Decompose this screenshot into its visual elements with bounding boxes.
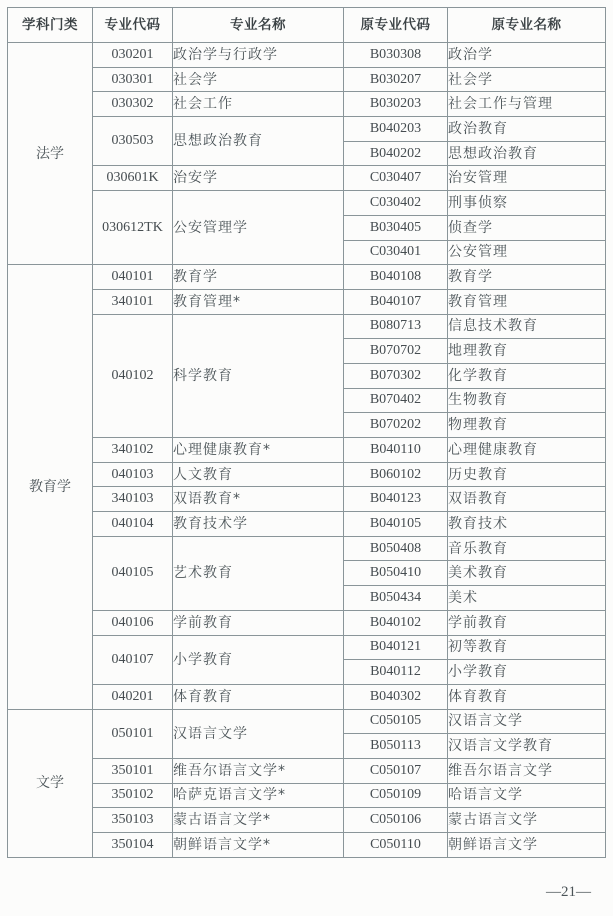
original-name-cell: 信息技术教育 — [448, 314, 606, 339]
original-code-cell: B050408 — [344, 536, 448, 561]
original-code-cell: B030207 — [344, 67, 448, 92]
original-name-cell: 蒙古语言文学 — [448, 808, 606, 833]
original-code-cell: B060102 — [344, 462, 448, 487]
original-name-cell: 物理教育 — [448, 413, 606, 438]
major-code-cell: 040106 — [93, 610, 173, 635]
original-name-cell: 地理教育 — [448, 339, 606, 364]
category-cell: 教育学 — [8, 265, 93, 709]
major-name-cell: 朝鲜语言文学* — [173, 833, 344, 858]
table-row: 030601K治安学C030407治安管理 — [8, 166, 606, 191]
original-code-cell: B040123 — [344, 487, 448, 512]
original-name-cell: 初等教育 — [448, 635, 606, 660]
original-code-cell: B040107 — [344, 289, 448, 314]
original-name-cell: 公安管理 — [448, 240, 606, 265]
major-code-cell: 040103 — [93, 462, 173, 487]
table-row: 350102哈萨克语言文学*C050109哈语言文学 — [8, 783, 606, 808]
major-code-cell: 030201 — [93, 43, 173, 68]
major-code-cell: 030301 — [93, 67, 173, 92]
original-name-cell: 历史教育 — [448, 462, 606, 487]
original-name-cell: 学前教育 — [448, 610, 606, 635]
original-code-cell: C030402 — [344, 191, 448, 216]
original-code-cell: C050106 — [344, 808, 448, 833]
major-name-cell: 体育教育 — [173, 684, 344, 709]
original-code-cell: B040108 — [344, 265, 448, 290]
original-name-cell: 政治学 — [448, 43, 606, 68]
original-name-cell: 汉语言文学 — [448, 709, 606, 734]
original-name-cell: 美术教育 — [448, 561, 606, 586]
major-name-cell: 公安管理学 — [173, 191, 344, 265]
original-name-cell: 小学教育 — [448, 660, 606, 685]
original-code-cell: B040203 — [344, 117, 448, 142]
major-code-cell: 030302 — [93, 92, 173, 117]
original-code-cell: B050113 — [344, 734, 448, 759]
table-row: 040104教育技术学B040105教育技术 — [8, 512, 606, 537]
major-name-cell: 教育管理* — [173, 289, 344, 314]
original-code-cell: C050107 — [344, 758, 448, 783]
major-code-cell: 030503 — [93, 117, 173, 166]
major-code-cell: 030601K — [93, 166, 173, 191]
major-name-cell: 汉语言文学 — [173, 709, 344, 758]
original-code-cell: B040202 — [344, 141, 448, 166]
major-code-cell: 340102 — [93, 438, 173, 463]
original-code-cell: B040110 — [344, 438, 448, 463]
table-row: 340102心理健康教育*B040110心理健康教育 — [8, 438, 606, 463]
table-row: 040105艺术教育B050408音乐教育 — [8, 536, 606, 561]
major-name-cell: 教育技术学 — [173, 512, 344, 537]
original-name-cell: 双语教育 — [448, 487, 606, 512]
table-row: 340103双语教育*B040123双语教育 — [8, 487, 606, 512]
header-orig-name: 原专业名称 — [448, 8, 606, 43]
original-code-cell: B040105 — [344, 512, 448, 537]
original-code-cell: B040302 — [344, 684, 448, 709]
major-code-cell: 040107 — [93, 635, 173, 684]
original-code-cell: C030401 — [344, 240, 448, 265]
original-name-cell: 美术 — [448, 586, 606, 611]
major-code-cell: 040201 — [93, 684, 173, 709]
major-name-cell: 心理健康教育* — [173, 438, 344, 463]
original-code-cell: C050110 — [344, 833, 448, 858]
page-number: —21— — [546, 884, 591, 901]
original-code-cell: B070202 — [344, 413, 448, 438]
table-row: 教育学040101教育学B040108教育学 — [8, 265, 606, 290]
table-row: 350101维吾尔语言文学*C050107维吾尔语言文学 — [8, 758, 606, 783]
original-name-cell: 汉语言文学教育 — [448, 734, 606, 759]
major-name-cell: 教育学 — [173, 265, 344, 290]
major-name-cell: 艺术教育 — [173, 536, 344, 610]
original-code-cell: B040112 — [344, 660, 448, 685]
original-name-cell: 侦查学 — [448, 215, 606, 240]
table-row: 040201体育教育B040302体育教育 — [8, 684, 606, 709]
original-name-cell: 教育管理 — [448, 289, 606, 314]
table-row: 040102科学教育B080713信息技术教育 — [8, 314, 606, 339]
major-name-cell: 思想政治教育 — [173, 117, 344, 166]
original-name-cell: 政治教育 — [448, 117, 606, 142]
table-row: 030612TK公安管理学C030402刑事侦察 — [8, 191, 606, 216]
table-row: 040106学前教育B040102学前教育 — [8, 610, 606, 635]
major-name-cell: 维吾尔语言文学* — [173, 758, 344, 783]
original-code-cell: C050105 — [344, 709, 448, 734]
table-row: 法学030201政治学与行政学B030308政治学 — [8, 43, 606, 68]
original-name-cell: 治安管理 — [448, 166, 606, 191]
original-code-cell: C050109 — [344, 783, 448, 808]
table-row: 030301社会学B030207社会学 — [8, 67, 606, 92]
major-code-cell: 340103 — [93, 487, 173, 512]
major-name-cell: 政治学与行政学 — [173, 43, 344, 68]
major-name-cell: 治安学 — [173, 166, 344, 191]
major-name-cell: 社会工作 — [173, 92, 344, 117]
major-name-cell: 哈萨克语言文学* — [173, 783, 344, 808]
original-code-cell: B070302 — [344, 363, 448, 388]
original-name-cell: 朝鲜语言文学 — [448, 833, 606, 858]
major-code-cell: 350104 — [93, 833, 173, 858]
table-row: 文学050101汉语言文学C050105汉语言文学 — [8, 709, 606, 734]
major-code-cell: 040101 — [93, 265, 173, 290]
original-name-cell: 刑事侦察 — [448, 191, 606, 216]
original-name-cell: 化学教育 — [448, 363, 606, 388]
major-name-cell: 蒙古语言文学* — [173, 808, 344, 833]
major-name-cell: 小学教育 — [173, 635, 344, 684]
original-name-cell: 社会工作与管理 — [448, 92, 606, 117]
original-code-cell: B050434 — [344, 586, 448, 611]
major-code-cell: 350101 — [93, 758, 173, 783]
table-row: 040103人文教育B060102历史教育 — [8, 462, 606, 487]
major-name-cell: 人文教育 — [173, 462, 344, 487]
original-name-cell: 哈语言文学 — [448, 783, 606, 808]
original-name-cell: 心理健康教育 — [448, 438, 606, 463]
original-name-cell: 思想政治教育 — [448, 141, 606, 166]
major-code-cell: 050101 — [93, 709, 173, 758]
original-code-cell: B070402 — [344, 388, 448, 413]
header-name: 专业名称 — [173, 8, 344, 43]
original-name-cell: 教育学 — [448, 265, 606, 290]
table-body: 法学030201政治学与行政学B030308政治学030301社会学B03020… — [8, 43, 606, 858]
table-header-row: 学科门类 专业代码 专业名称 原专业代码 原专业名称 — [8, 8, 606, 43]
major-name-cell: 科学教育 — [173, 314, 344, 437]
original-name-cell: 维吾尔语言文学 — [448, 758, 606, 783]
major-name-cell: 社会学 — [173, 67, 344, 92]
table-row: 350103蒙古语言文学*C050106蒙古语言文学 — [8, 808, 606, 833]
original-code-cell: B030203 — [344, 92, 448, 117]
original-code-cell: B040102 — [344, 610, 448, 635]
table-row: 040107小学教育B040121初等教育 — [8, 635, 606, 660]
original-name-cell: 生物教育 — [448, 388, 606, 413]
header-orig-code: 原专业代码 — [344, 8, 448, 43]
majors-mapping-table: 学科门类 专业代码 专业名称 原专业代码 原专业名称 法学030201政治学与行… — [7, 7, 606, 858]
original-code-cell: B030405 — [344, 215, 448, 240]
major-code-cell: 350102 — [93, 783, 173, 808]
original-code-cell: C030407 — [344, 166, 448, 191]
major-code-cell: 040102 — [93, 314, 173, 437]
major-code-cell: 340101 — [93, 289, 173, 314]
table-row: 350104朝鲜语言文学*C050110朝鲜语言文学 — [8, 833, 606, 858]
document-page: 学科门类 专业代码 专业名称 原专业代码 原专业名称 法学030201政治学与行… — [0, 0, 613, 916]
original-code-cell: B070702 — [344, 339, 448, 364]
original-name-cell: 社会学 — [448, 67, 606, 92]
major-code-cell: 350103 — [93, 808, 173, 833]
original-name-cell: 音乐教育 — [448, 536, 606, 561]
original-code-cell: B040121 — [344, 635, 448, 660]
original-code-cell: B080713 — [344, 314, 448, 339]
table-row: 030302社会工作B030203社会工作与管理 — [8, 92, 606, 117]
category-cell: 文学 — [8, 709, 93, 857]
original-code-cell: B050410 — [344, 561, 448, 586]
original-name-cell: 教育技术 — [448, 512, 606, 537]
major-name-cell: 学前教育 — [173, 610, 344, 635]
header-category: 学科门类 — [8, 8, 93, 43]
category-cell: 法学 — [8, 43, 93, 265]
major-code-cell: 030612TK — [93, 191, 173, 265]
major-code-cell: 040104 — [93, 512, 173, 537]
table-row: 030503思想政治教育B040203政治教育 — [8, 117, 606, 142]
major-code-cell: 040105 — [93, 536, 173, 610]
major-name-cell: 双语教育* — [173, 487, 344, 512]
original-code-cell: B030308 — [344, 43, 448, 68]
header-code: 专业代码 — [93, 8, 173, 43]
original-name-cell: 体育教育 — [448, 684, 606, 709]
table-row: 340101教育管理*B040107教育管理 — [8, 289, 606, 314]
